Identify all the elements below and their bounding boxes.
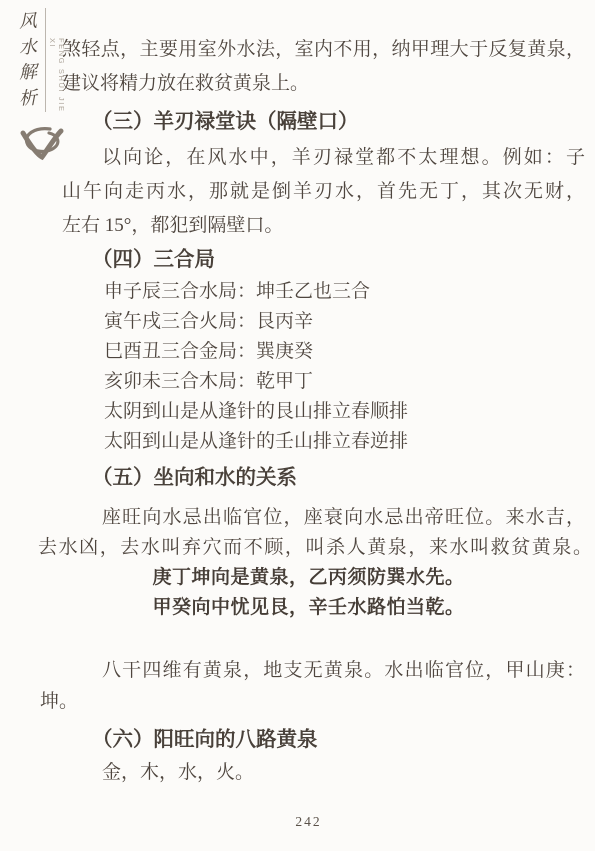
book-page: 风 水 解 析 FENG SHUI JIE XI 煞轻点，主要用室外水法，室内不… xyxy=(0,0,595,851)
text-line: 左右 15°，都犯到隔壁口。 xyxy=(62,209,585,243)
couplet-line: 庚丁坤向是黄泉，乙丙须防巽水先。 xyxy=(62,563,555,593)
list-item: 太阳到山是从逢针的壬山排立春逆排 xyxy=(62,427,585,457)
paragraph-3: 以向论，在风水中，羊刃禄堂都不太理想。例如：子 山午向走丙水，那就是倒羊刃水，首… xyxy=(62,141,585,243)
list-item: 巳酉丑三合金局：巽庚癸 xyxy=(62,337,585,367)
book-title-char: 解 xyxy=(15,59,40,86)
list-item: 太阴到山是从逢针的艮山排立春顺排 xyxy=(62,397,585,427)
section-heading-5: （五）坐向和水的关系 xyxy=(62,463,585,493)
title-divider xyxy=(45,8,46,112)
paragraph-5: 座旺向水忌出临官位，座衰向水忌出帝旺位。来水吉， 去水凶，去水叫弃穴而不顾，叫杀… xyxy=(62,503,585,563)
book-title-char: 风 xyxy=(15,8,40,35)
paragraph-6: 金，木，水，火。 xyxy=(62,758,585,788)
text-line: 煞轻点，主要用室外水法，室内不用，纳甲理大于反复黄泉， xyxy=(62,33,585,67)
list-item: 亥卯未三合木局：乾甲丁 xyxy=(62,367,585,397)
couplet-line: 甲癸向中忧见艮，辛壬水路怕当乾。 xyxy=(62,593,555,623)
text-line: 坤。 xyxy=(40,686,585,717)
book-title-vertical: 风 水 解 析 xyxy=(16,9,40,111)
book-title-char: 水 xyxy=(15,34,40,61)
section-heading-3: （三）羊刃禄堂诀（隔壁口） xyxy=(62,107,585,137)
main-text-column: 煞轻点，主要用室外水法，室内不用，纳甲理大于反复黄泉， 建议将精力放在救贫黄泉上… xyxy=(62,0,585,851)
sidebar: 风 水 解 析 FENG SHUI JIE XI xyxy=(0,0,62,851)
text-line: 山午向走丙水，那就是倒羊刃水，首先无丁，其次无财， xyxy=(62,175,585,209)
sanhe-list: 申子辰三合水局：坤壬乙也三合 寅午戌三合火局：艮丙辛 巳酉丑三合金局：巽庚癸 亥… xyxy=(62,277,585,457)
text-line: 金，木，水，火。 xyxy=(62,758,585,788)
list-item: 寅午戌三合火局：艮丙辛 xyxy=(62,307,585,337)
text-line: 去水凶，去水叫弃穴而不顾，叫杀人黄泉，来水叫救贫黄泉。 xyxy=(38,533,592,563)
paragraph-intro: 煞轻点，主要用室外水法，室内不用，纳甲理大于反复黄泉， 建议将精力放在救贫黄泉上… xyxy=(62,33,585,101)
page-number: 242 xyxy=(0,814,595,830)
text-line: 座旺向水忌出临官位，座衰向水忌出帝旺位。来水吉， xyxy=(62,503,585,533)
list-item: 申子辰三合水局：坤壬乙也三合 xyxy=(62,277,585,307)
text-line: 八干四维有黄泉，地支无黄泉。水出临官位，甲山庚： xyxy=(62,655,585,686)
section-heading-4: （四）三合局 xyxy=(62,245,585,275)
book-title-char: 析 xyxy=(15,85,40,112)
huangquan-couplet: 庚丁坤向是黄泉，乙丙须防巽水先。 甲癸向中忧见艮，辛壬水路怕当乾。 xyxy=(62,563,585,623)
section-heading-6: （六）阳旺向的八路黄泉 xyxy=(62,725,585,755)
paragraph-8: 八干四维有黄泉，地支无黄泉。水出临官位，甲山庚： 坤。 xyxy=(62,655,585,717)
text-line: 建议将精力放在救贫黄泉上。 xyxy=(62,67,585,101)
calligraphy-swoosh-icon xyxy=(19,125,65,171)
text-line: 以向论，在风水中，羊刃禄堂都不太理想。例如：子 xyxy=(62,141,585,175)
